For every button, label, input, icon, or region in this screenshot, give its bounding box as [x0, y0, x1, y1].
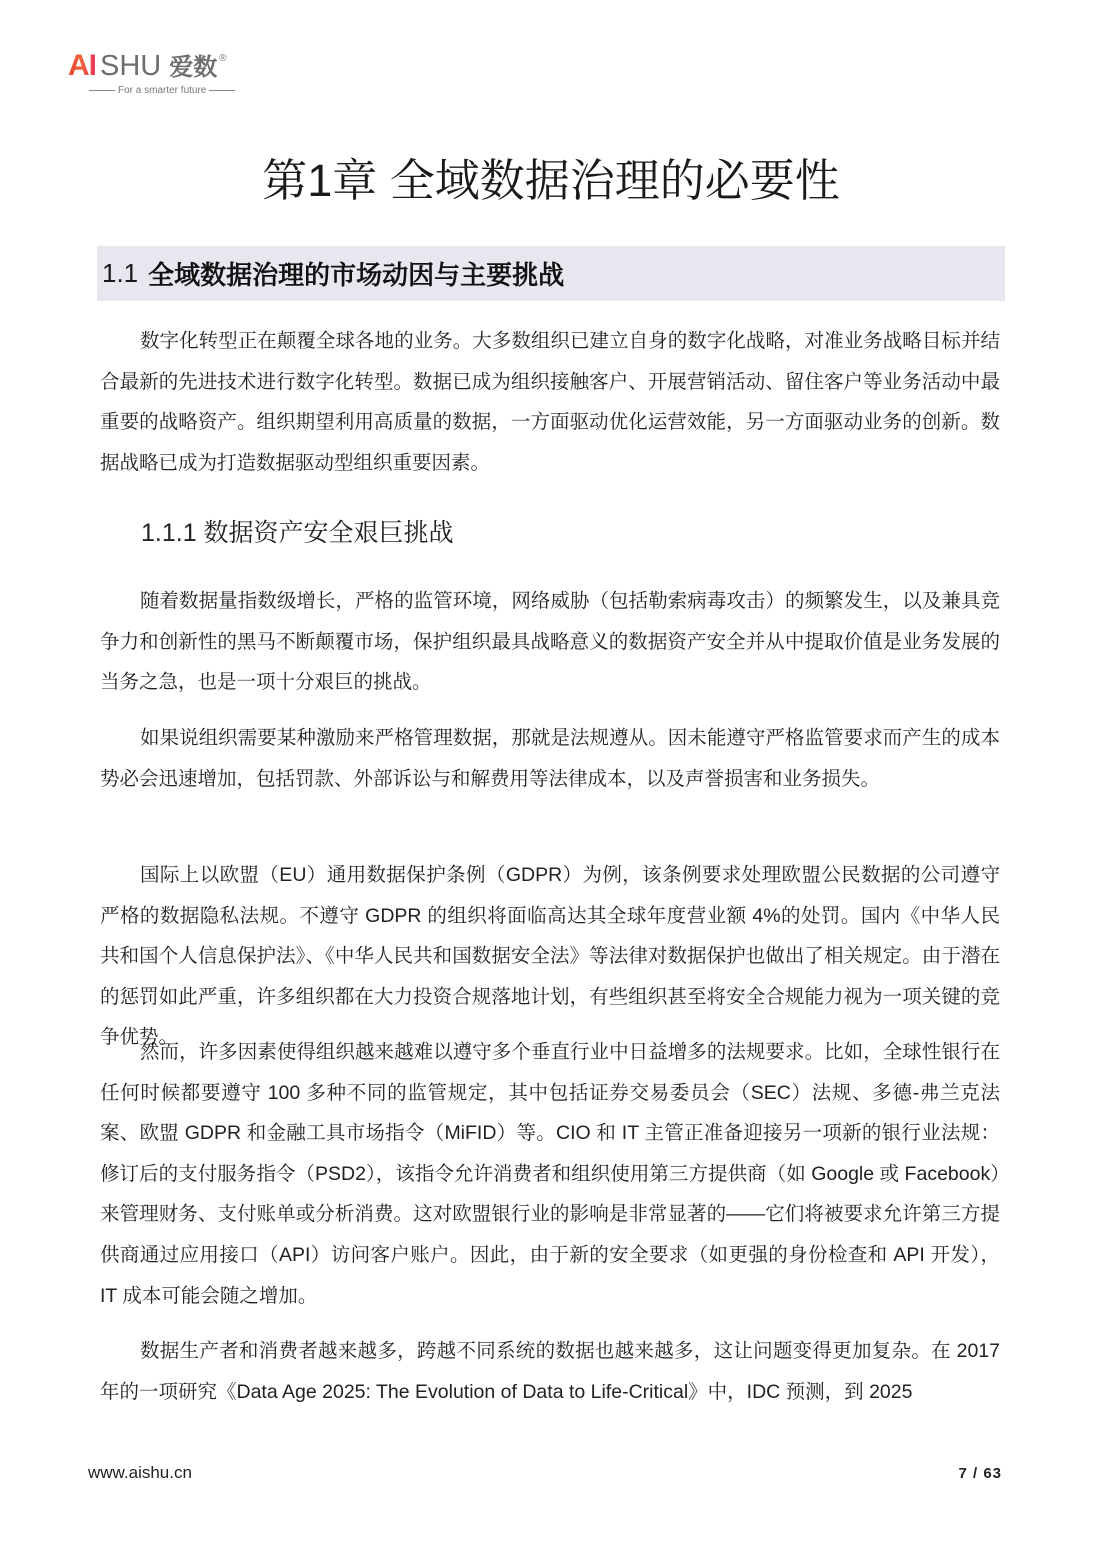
- tagline-rule-right: [209, 90, 235, 91]
- section-title: 全域数据治理的市场动因与主要挑战: [148, 255, 564, 292]
- aishu-logo: AI SHU 爱数 ® For a smarter future: [68, 46, 288, 106]
- logo-tagline: For a smarter future: [86, 85, 238, 96]
- tagline-text: For a smarter future: [118, 85, 206, 96]
- body-paragraph: 随着数据量指数级增长，严格的监管环境，网络威胁（包括勒索病毒攻击）的频繁发生，以…: [100, 581, 1000, 703]
- body-paragraph: 如果说组织需要某种激励来严格管理数据，那就是法规遵从。因未能遵守严格监管要求而产…: [100, 718, 1000, 799]
- body-paragraph: 数字化转型正在颠覆全球各地的业务。大多数组织已建立自身的数字化战略，对准业务战略…: [100, 321, 1000, 483]
- logo-shu-text: SHU: [100, 46, 161, 86]
- section-number: 1.1: [102, 258, 138, 289]
- logo-wordmark: AI SHU 爱数 ®: [68, 46, 227, 86]
- logo-chinese-text: 爱数: [169, 47, 217, 87]
- body-paragraph: 数据生产者和消费者越来越多，跨越不同系统的数据也越来越多，这让问题变得更加复杂。…: [100, 1331, 1000, 1412]
- subsection-title: 1.1.1 数据资产安全艰巨挑战: [141, 515, 454, 551]
- page-number: 7 / 63: [958, 1465, 1002, 1482]
- body-paragraph: 国际上以欧盟（EU）通用数据保护条例（GDPR）为例，该条例要求处理欧盟公民数据…: [100, 855, 1000, 1058]
- tagline-rule-left: [89, 90, 115, 91]
- logo-ai-mark: AI: [68, 46, 96, 86]
- registered-mark-icon: ®: [219, 53, 226, 64]
- footer-website-link[interactable]: www.aishu.cn: [88, 1463, 192, 1483]
- section-heading: 1.1 全域数据治理的市场动因与主要挑战: [97, 246, 1005, 301]
- chapter-title: 第1章 全域数据治理的必要性: [0, 150, 1102, 212]
- body-paragraph: 然而，许多因素使得组织越来越难以遵守多个垂直行业中日益增多的法规要求。比如，全球…: [100, 1032, 1000, 1316]
